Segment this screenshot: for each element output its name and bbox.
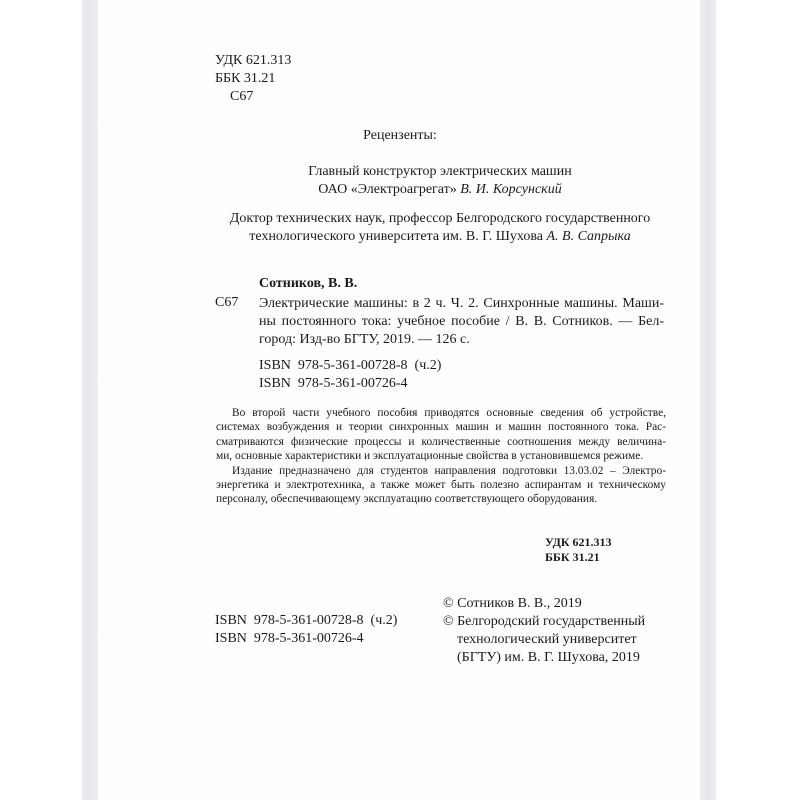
abstract-line: системах возбуждения и теории синхронных… (216, 420, 666, 434)
reviewer-2-org: технологического университета им. В. Г. … (40, 228, 800, 246)
copyright-publisher: © Белгородский государственный (443, 613, 645, 631)
udk-code: УДК 621.313 (215, 52, 291, 70)
abstract-line: сматриваются физические процессы и колич… (216, 435, 666, 449)
author-mark: С67 (215, 88, 291, 106)
copyright-publisher-cont: технологический университет (443, 631, 645, 649)
reviewer-1-org: ОАО «Электроагрегат» В. И. Корсунский (40, 181, 800, 199)
reviewer-2: Доктор технических наук, профессор Белго… (40, 210, 800, 246)
catalog-code: С67 (215, 295, 238, 311)
catalog-line: город: Изд-во БГТУ, 2019. — 126 с. (259, 331, 664, 349)
copyright-block: © Сотников В. В., 2019 © Белгородский го… (443, 595, 645, 667)
reviewer-2-position: Доктор технических наук, профессор Белго… (40, 210, 800, 228)
abstract-line: энергетика и электротехника, а также мож… (216, 478, 666, 492)
classification-codes-bottom: УДК 621.313 ББК 31.21 (545, 535, 612, 565)
abstract-line: персоналу, обеспечивающему эксплуатацию … (216, 492, 666, 506)
bbk-code-bottom: ББК 31.21 (545, 550, 612, 565)
reviewers-heading: Рецензенты: (0, 128, 800, 144)
catalog-line: ны постоянного тока: учебное пособие / В… (259, 313, 664, 331)
abstract-line: Издание предназначено для студентов напр… (216, 464, 666, 478)
abstract: Во второй части учебного пособия приводя… (216, 406, 666, 507)
isbn-set-bottom: ISBN 978-5-361-00726-4 (215, 630, 397, 648)
isbn-bottom: ISBN 978-5-361-00728-8 (ч.2) ISBN 978-5-… (215, 612, 397, 648)
copyright-publisher-cont: (БГТУ) им. В. Г. Шухова, 2019 (443, 649, 645, 667)
isbn-part2: ISBN 978-5-361-00728-8 (ч.2) (259, 357, 441, 375)
abstract-line: ми, основные характеристики и эксплуатац… (216, 449, 666, 463)
reviewer-2-name: А. В. Сапрыка (546, 229, 630, 244)
bbk-code: ББК 31.21 (215, 70, 291, 88)
reviewer-1: Главный конструктор электрических машин … (40, 163, 800, 199)
classification-codes-top: УДК 621.313 ББК 31.21 С67 (215, 52, 291, 106)
reviewer-1-name: В. И. Корсунский (460, 182, 561, 197)
catalog-description: Электрические машины: в 2 ч. Ч. 2. Синхр… (259, 295, 664, 349)
page-edge-left (82, 0, 98, 800)
abstract-line: Во второй части учебного пособия приводя… (216, 406, 666, 420)
reviewer-1-position: Главный конструктор электрических машин (40, 163, 800, 181)
isbn-set: ISBN 978-5-361-00726-4 (259, 375, 441, 393)
isbn-part2-bottom: ISBN 978-5-361-00728-8 (ч.2) (215, 612, 397, 630)
document-page (98, 0, 700, 800)
udk-code-bottom: УДК 621.313 (545, 535, 612, 550)
copyright-author: © Сотников В. В., 2019 (443, 595, 645, 613)
page-edge-right (700, 0, 716, 800)
catalog-author: Сотников, В. В. (259, 276, 357, 292)
catalog-isbn: ISBN 978-5-361-00728-8 (ч.2) ISBN 978-5-… (259, 357, 441, 393)
catalog-line: Электрические машины: в 2 ч. Ч. 2. Синхр… (259, 295, 664, 313)
